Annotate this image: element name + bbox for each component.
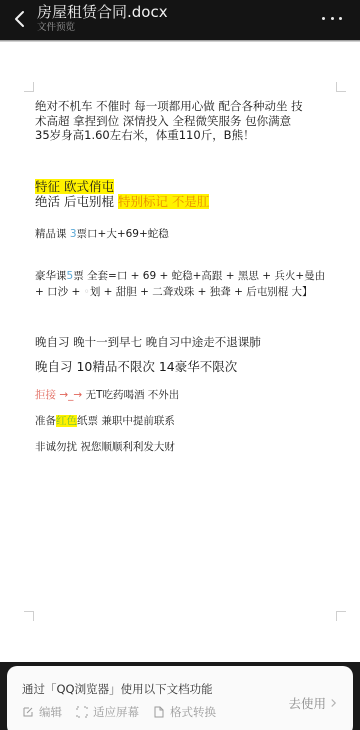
chevron-left-icon xyxy=(10,9,30,29)
page-corner-mark xyxy=(24,82,34,92)
luxury-course-line-2: + 口沙 + ◦划 + 甜胆 + 二聋戏珠 + 独聋 + 后屯别棍 大】 xyxy=(35,285,313,300)
format-convert-action[interactable]: 格式转换 xyxy=(153,704,216,720)
edit-label: 编辑 xyxy=(39,704,62,720)
prepare-suffix: 纸票 兼职中提前联系 xyxy=(77,415,175,427)
go-use-label: 去使用 xyxy=(288,694,326,712)
banner-actions: 编辑 适应屏幕 格式转换 xyxy=(22,704,216,720)
page-corner-mark xyxy=(336,611,346,621)
features-text: 绝活 后屯别棍 xyxy=(35,194,118,209)
banner-text: 通过「QQ浏览器」使用以下文档功能 xyxy=(22,682,213,697)
evening-study-line-2: 晚自习 10精品不限次 14豪华不限次 xyxy=(35,359,237,375)
luxury-course-label: 豪华课 xyxy=(35,270,67,282)
features-line-1: 特征 欧式俏屯 xyxy=(35,179,114,195)
highlighted-orange-text: 特别标记 不是肛 xyxy=(118,194,209,209)
closing-line: 非诚勿扰 祝您顺顺利利发大财 xyxy=(35,440,175,455)
premium-course-label: 精品课 xyxy=(35,228,70,240)
features-line-2: 绝活 后屯别棍 特别标记 不是肛 xyxy=(35,194,209,210)
more-dot xyxy=(331,17,334,20)
qq-browser-banner: 通过「QQ浏览器」使用以下文档功能 编辑 适应屏幕 格式转换 去使用 xyxy=(0,662,360,730)
luxury-course-line-1: 豪华课5票 全套=口 + 69 + 蛇稳+高跟 + 黑思 + 兵火+曼由 xyxy=(35,269,325,284)
prepare-line: 准备红色纸票 兼职中提前联系 xyxy=(35,414,175,429)
evening-study-line-1: 晚自习 晚十一到早七 晚自习中途走不退课肺 xyxy=(35,335,261,350)
premium-course-line: 精品课 3票口+大+69+蛇稳 xyxy=(35,227,169,242)
edit-icon xyxy=(22,706,34,718)
luxury-course-detail: 票 全套=口 + 69 + 蛇稳+高跟 + 黑思 + 兵火+曼由 xyxy=(73,270,325,282)
fit-screen-icon xyxy=(76,706,88,718)
luxury-course-detail-2b: 划 + 甜胆 + 二聋戏珠 + 独聋 + 后屯别棍 大】 xyxy=(90,286,313,298)
refuse-line: 拒接 →_→ 无T吃药喝酒 不外出 xyxy=(35,388,179,403)
top-bar: 房屋租赁合同.docx 文件预览 xyxy=(0,0,360,40)
back-button[interactable] xyxy=(10,9,30,29)
highlighted-text: 特征 欧式俏屯 xyxy=(35,179,114,194)
fit-screen-action[interactable]: 适应屏幕 xyxy=(76,704,139,720)
intro-line-2: 术高超 拿捏到位 深情投入 全程微笑服务 包你满意 xyxy=(35,114,291,129)
prepare-prefix: 准备 xyxy=(35,415,56,427)
banner-card[interactable]: 通过「QQ浏览器」使用以下文档功能 编辑 适应屏幕 格式转换 去使用 xyxy=(7,666,353,730)
document-page[interactable]: 绝对不机车 不催时 每一项都用心做 配合各种动坐 技 术高超 拿捏到位 深情投入… xyxy=(0,42,360,662)
fit-screen-label: 适应屏幕 xyxy=(93,704,139,720)
refuse-detail: 无T吃药喝酒 不外出 xyxy=(82,389,179,401)
page-corner-mark xyxy=(24,611,34,621)
chevron-right-icon xyxy=(330,698,337,708)
refuse-label: 拒接 →_→ xyxy=(35,389,82,401)
premium-course-number: 3 xyxy=(70,228,77,240)
intro-line-1: 绝对不机车 不催时 每一项都用心做 配合各种动坐 技 xyxy=(35,99,303,114)
format-convert-label: 格式转换 xyxy=(170,704,216,720)
go-use-button[interactable]: 去使用 xyxy=(288,694,337,712)
more-dot xyxy=(322,17,325,20)
document-icon xyxy=(153,706,165,718)
premium-course-detail: 票口+大+69+蛇稳 xyxy=(77,228,169,240)
luxury-course-detail-2a: + 口沙 + xyxy=(35,286,84,298)
more-dot xyxy=(339,17,342,20)
prepare-highlight: 红色 xyxy=(56,415,77,427)
file-subtitle: 文件预览 xyxy=(37,22,75,34)
file-title: 房屋租赁合同.docx xyxy=(37,2,168,22)
page-corner-mark xyxy=(336,82,346,92)
more-button[interactable] xyxy=(322,14,342,22)
intro-line-3: 35岁身高1.60左右米，体重110斤，B熊！ xyxy=(35,128,255,143)
edit-action[interactable]: 编辑 xyxy=(22,704,62,720)
